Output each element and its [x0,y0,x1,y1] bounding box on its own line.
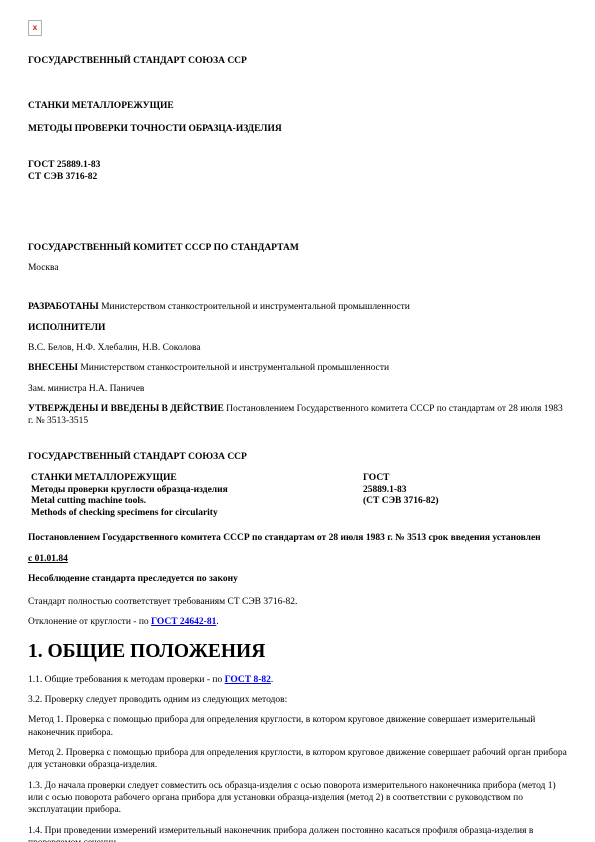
title-table-right-cell: ГОСТ 25889.1-83 (СТ СЭВ 3716-82) [363,473,567,519]
submitted-label: ВНЕСЕНЫ [28,363,78,373]
city-line: Москва [28,262,567,274]
deputy-line: Зам. министра Н.А. Паничев [28,383,567,395]
gost-24642-81-link[interactable]: ГОСТ 24642-81 [151,617,216,627]
enactment-paragraph: Постановлением Государственного комитета… [28,532,567,544]
section1-heading: 1. ОБЩИЕ ПОЛОЖЕНИЯ [28,641,567,662]
executors-label: ИСПОЛНИТЕЛИ [28,322,567,334]
method-2-paragraph: Метод 2. Проверка с помощью прибора для … [28,747,567,772]
developed-text: Министерством станкостроительной и инстр… [99,302,410,312]
broken-image-x-icon: x [33,24,37,32]
approved-paragraph: УТВЕРЖДЕНЫ И ВВЕДЕНЫ В ДЕЙСТВИЕ Постанов… [28,403,567,428]
title-ru-sub: Методы проверки круглости образца-издели… [31,485,363,497]
executors-names: В.С. Белов, Н.Ф. Хлебалин, Н.В. Соколова [28,342,567,354]
clause-1-3: 1.3. До начала проверки следует совмести… [28,780,567,817]
submitted-paragraph: ВНЕСЕНЫ Министерством станкостроительной… [28,362,567,374]
designation-gost: ГОСТ 25889.1-83 [28,160,100,170]
document-page: x ГОСУДАРСТВЕННЫЙ СТАНДАРТ СОЮЗА ССР СТА… [0,0,595,842]
top-heading: ГОСУДАРСТВЕННЫЙ СТАНДАРТ СОЮЗА ССР [28,55,567,67]
deviation-prefix: Отклонение от круглости - по [28,617,151,627]
submitted-text: Министерством станкостроительной и инстр… [78,363,389,373]
doc-title-line2: МЕТОДЫ ПРОВЕРКИ ТОЧНОСТИ ОБРАЗЦА-ИЗДЕЛИЯ [28,123,567,135]
developed-paragraph: РАЗРАБОТАНЫ Министерством станкостроител… [28,301,567,313]
enactment-date: с 01.01.84 [28,553,567,565]
title-en-1: Metal cutting machine tools. [31,496,363,508]
approved-label: УТВЕРЖДЕНЫ И ВВЕДЕНЫ В ДЕЙСТВИЕ [28,404,224,414]
designation-word-gost: ГОСТ [363,473,567,485]
clause-1-1: 1.1. Общие требования к методам проверки… [28,674,567,686]
second-heading: ГОСУДАРСТВЕННЫЙ СТАНДАРТ СОЮЗА ССР [28,451,567,463]
designation-stsev: СТ СЭВ 3716-82 [28,172,97,182]
title-table: СТАНКИ МЕТАЛЛОРЕЖУЩИЕ Методы проверки кр… [28,473,567,519]
deviation-suffix: . [216,617,218,627]
clause-1-1-suffix: . [271,675,273,685]
committee-heading: ГОСУДАРСТВЕННЫЙ КОМИТЕТ СССР ПО СТАНДАРТ… [28,242,567,254]
clause-1-4: 1.4. При проведении измерений измеритель… [28,825,567,842]
doc-title-line1: СТАНКИ МЕТАЛЛОРЕЖУЩИЕ [28,100,567,112]
designation-number: 25889.1-83 [363,485,567,497]
broken-image-icon: x [28,20,42,36]
designation-block: ГОСТ 25889.1-83СТ СЭВ 3716-82 [28,159,567,184]
developed-label: РАЗРАБОТАНЫ [28,302,99,312]
gost-8-82-link[interactable]: ГОСТ 8-82 [225,675,271,685]
title-table-left-cell: СТАНКИ МЕТАЛЛОРЕЖУЩИЕ Методы проверки кр… [28,473,363,519]
designation-stsev-paren: (СТ СЭВ 3716-82) [363,496,567,508]
deviation-paragraph: Отклонение от круглости - по ГОСТ 24642-… [28,616,567,628]
law-notice: Несоблюдение стандарта преследуется по з… [28,573,567,585]
method-1-paragraph: Метод 1. Проверка с помощью прибора для … [28,714,567,739]
title-ru-caps: СТАНКИ МЕТАЛЛОРЕЖУЩИЕ [31,473,363,485]
conformity-paragraph: Стандарт полностью соответствует требова… [28,596,567,608]
clause-1-2: 3.2. Проверку следует проводить одним из… [28,694,567,706]
title-en-2: Methods of checking specimens for circul… [31,508,363,520]
clause-1-1-text: 1.1. Общие требования к методам проверки… [28,675,225,685]
